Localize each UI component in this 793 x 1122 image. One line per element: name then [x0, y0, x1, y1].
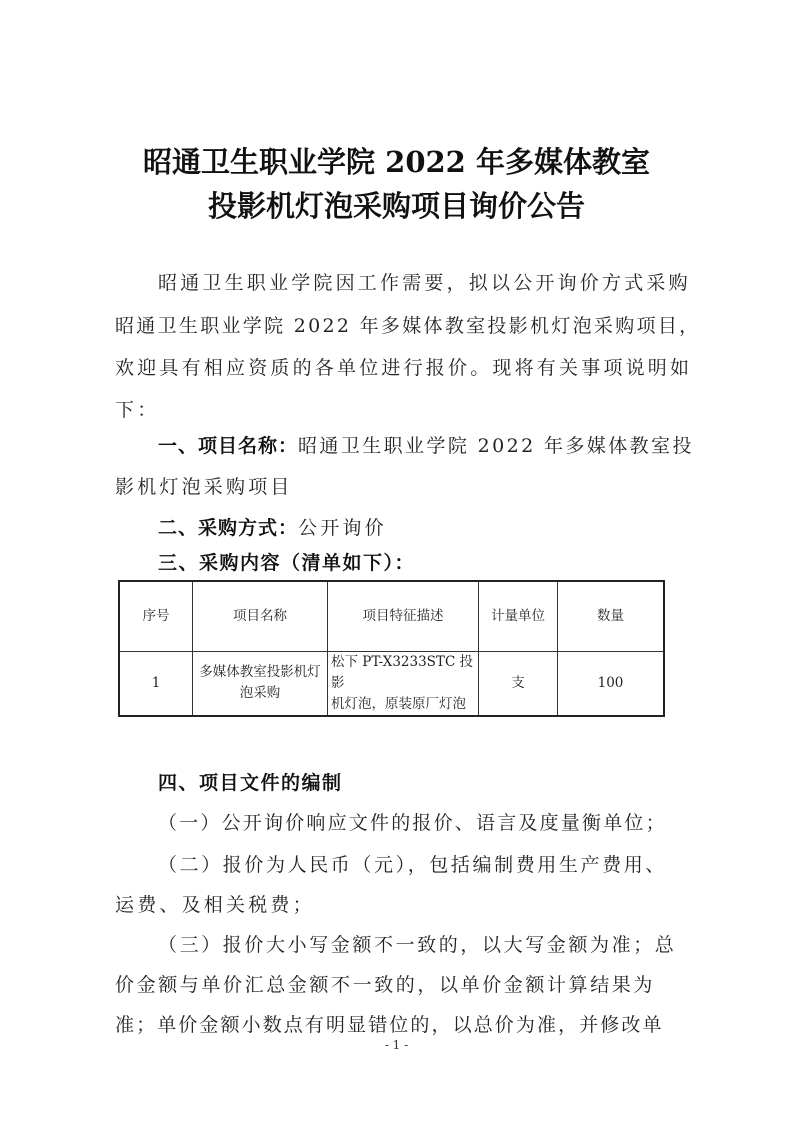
cell-description-line2: 机灯泡，原装原厂灯泡: [331, 694, 475, 715]
section4-item-2-cont: 运费、及相关税费；: [115, 890, 315, 917]
header-unit: 计量单位: [479, 581, 558, 651]
cell-name-line1: 多媒体教室投影机灯: [196, 662, 324, 683]
section1: 一、项目名称：昭通卫生职业学院 2022 年多媒体教室投: [158, 431, 694, 458]
section1-text-line2: 影机灯泡采购项目: [115, 472, 293, 499]
cell-description-line1: 松下 PT-X3233STC 投影: [331, 652, 475, 694]
header-description: 项目特征描述: [328, 581, 479, 651]
cell-unit: 支: [479, 651, 558, 716]
section4-item-3-cont1: 价金额与单价汇总金额不一致的，以单价金额计算结果为: [115, 970, 655, 997]
section4-item-1: （一）公开询价响应文件的报价、语言及度量衡单位；: [158, 808, 667, 835]
header-quantity: 数量: [558, 581, 665, 651]
intro-line-4: 下：: [115, 395, 159, 422]
cell-quantity: 100: [558, 651, 665, 716]
cell-name: 多媒体教室投影机灯 泡采购: [193, 651, 328, 716]
table-header-row: 序号 项目名称 项目特征描述 计量单位 数量: [119, 581, 664, 651]
cell-description: 松下 PT-X3233STC 投影 机灯泡，原装原厂灯泡: [328, 651, 479, 716]
section2: 二、采购方式：公开询价: [158, 513, 387, 540]
section2-text: 公开询价: [298, 517, 387, 539]
section3-heading: 三、采购内容（清单如下）：: [158, 548, 415, 575]
intro-line-3: 欢迎具有相应资质的各单位进行报价。现将有关事项说明如: [115, 353, 692, 380]
section4-heading: 四、项目文件的编制: [158, 768, 343, 795]
cell-index: 1: [119, 651, 193, 716]
page-number: - 1 -: [0, 1038, 793, 1052]
section4-item-3: （三）报价大小写金额不一致的，以大写金额为准；总: [158, 930, 676, 957]
section2-heading: 二、采购方式：: [158, 517, 298, 539]
section4-item-3-cont2: 准；单价金额小数点有明显错位的，以总价为准，并修改单: [115, 1010, 664, 1037]
header-index: 序号: [119, 581, 193, 651]
document-page: 昭通卫生职业学院 2022 年多媒体教室 投影机灯泡采购项目询价公告 昭通卫生职…: [0, 0, 793, 1122]
table-row: 1 多媒体教室投影机灯 泡采购 松下 PT-X3233STC 投影 机灯泡，原装…: [119, 651, 664, 716]
intro-line-2: 昭通卫生职业学院 2022 年多媒体教室投影机灯泡采购项目，: [115, 311, 700, 338]
section1-heading: 一、项目名称：: [158, 435, 298, 457]
intro-line-1: 昭通卫生职业学院因工作需要，拟以公开询价方式采购: [158, 268, 691, 295]
section1-text: 昭通卫生职业学院 2022 年多媒体教室投: [298, 435, 694, 457]
procurement-table: 序号 项目名称 项目特征描述 计量单位 数量 1 多媒体教室投影机灯 泡采购 松…: [118, 580, 665, 717]
cell-name-line2: 泡采购: [196, 683, 324, 704]
document-title-line1: 昭通卫生职业学院 2022 年多媒体教室: [0, 140, 793, 181]
document-title-line2: 投影机灯泡采购项目询价公告: [0, 184, 793, 225]
header-name: 项目名称: [193, 581, 328, 651]
section4-item-2: （二）报价为人民币（元），包括编制费用生产费用、: [158, 850, 667, 877]
